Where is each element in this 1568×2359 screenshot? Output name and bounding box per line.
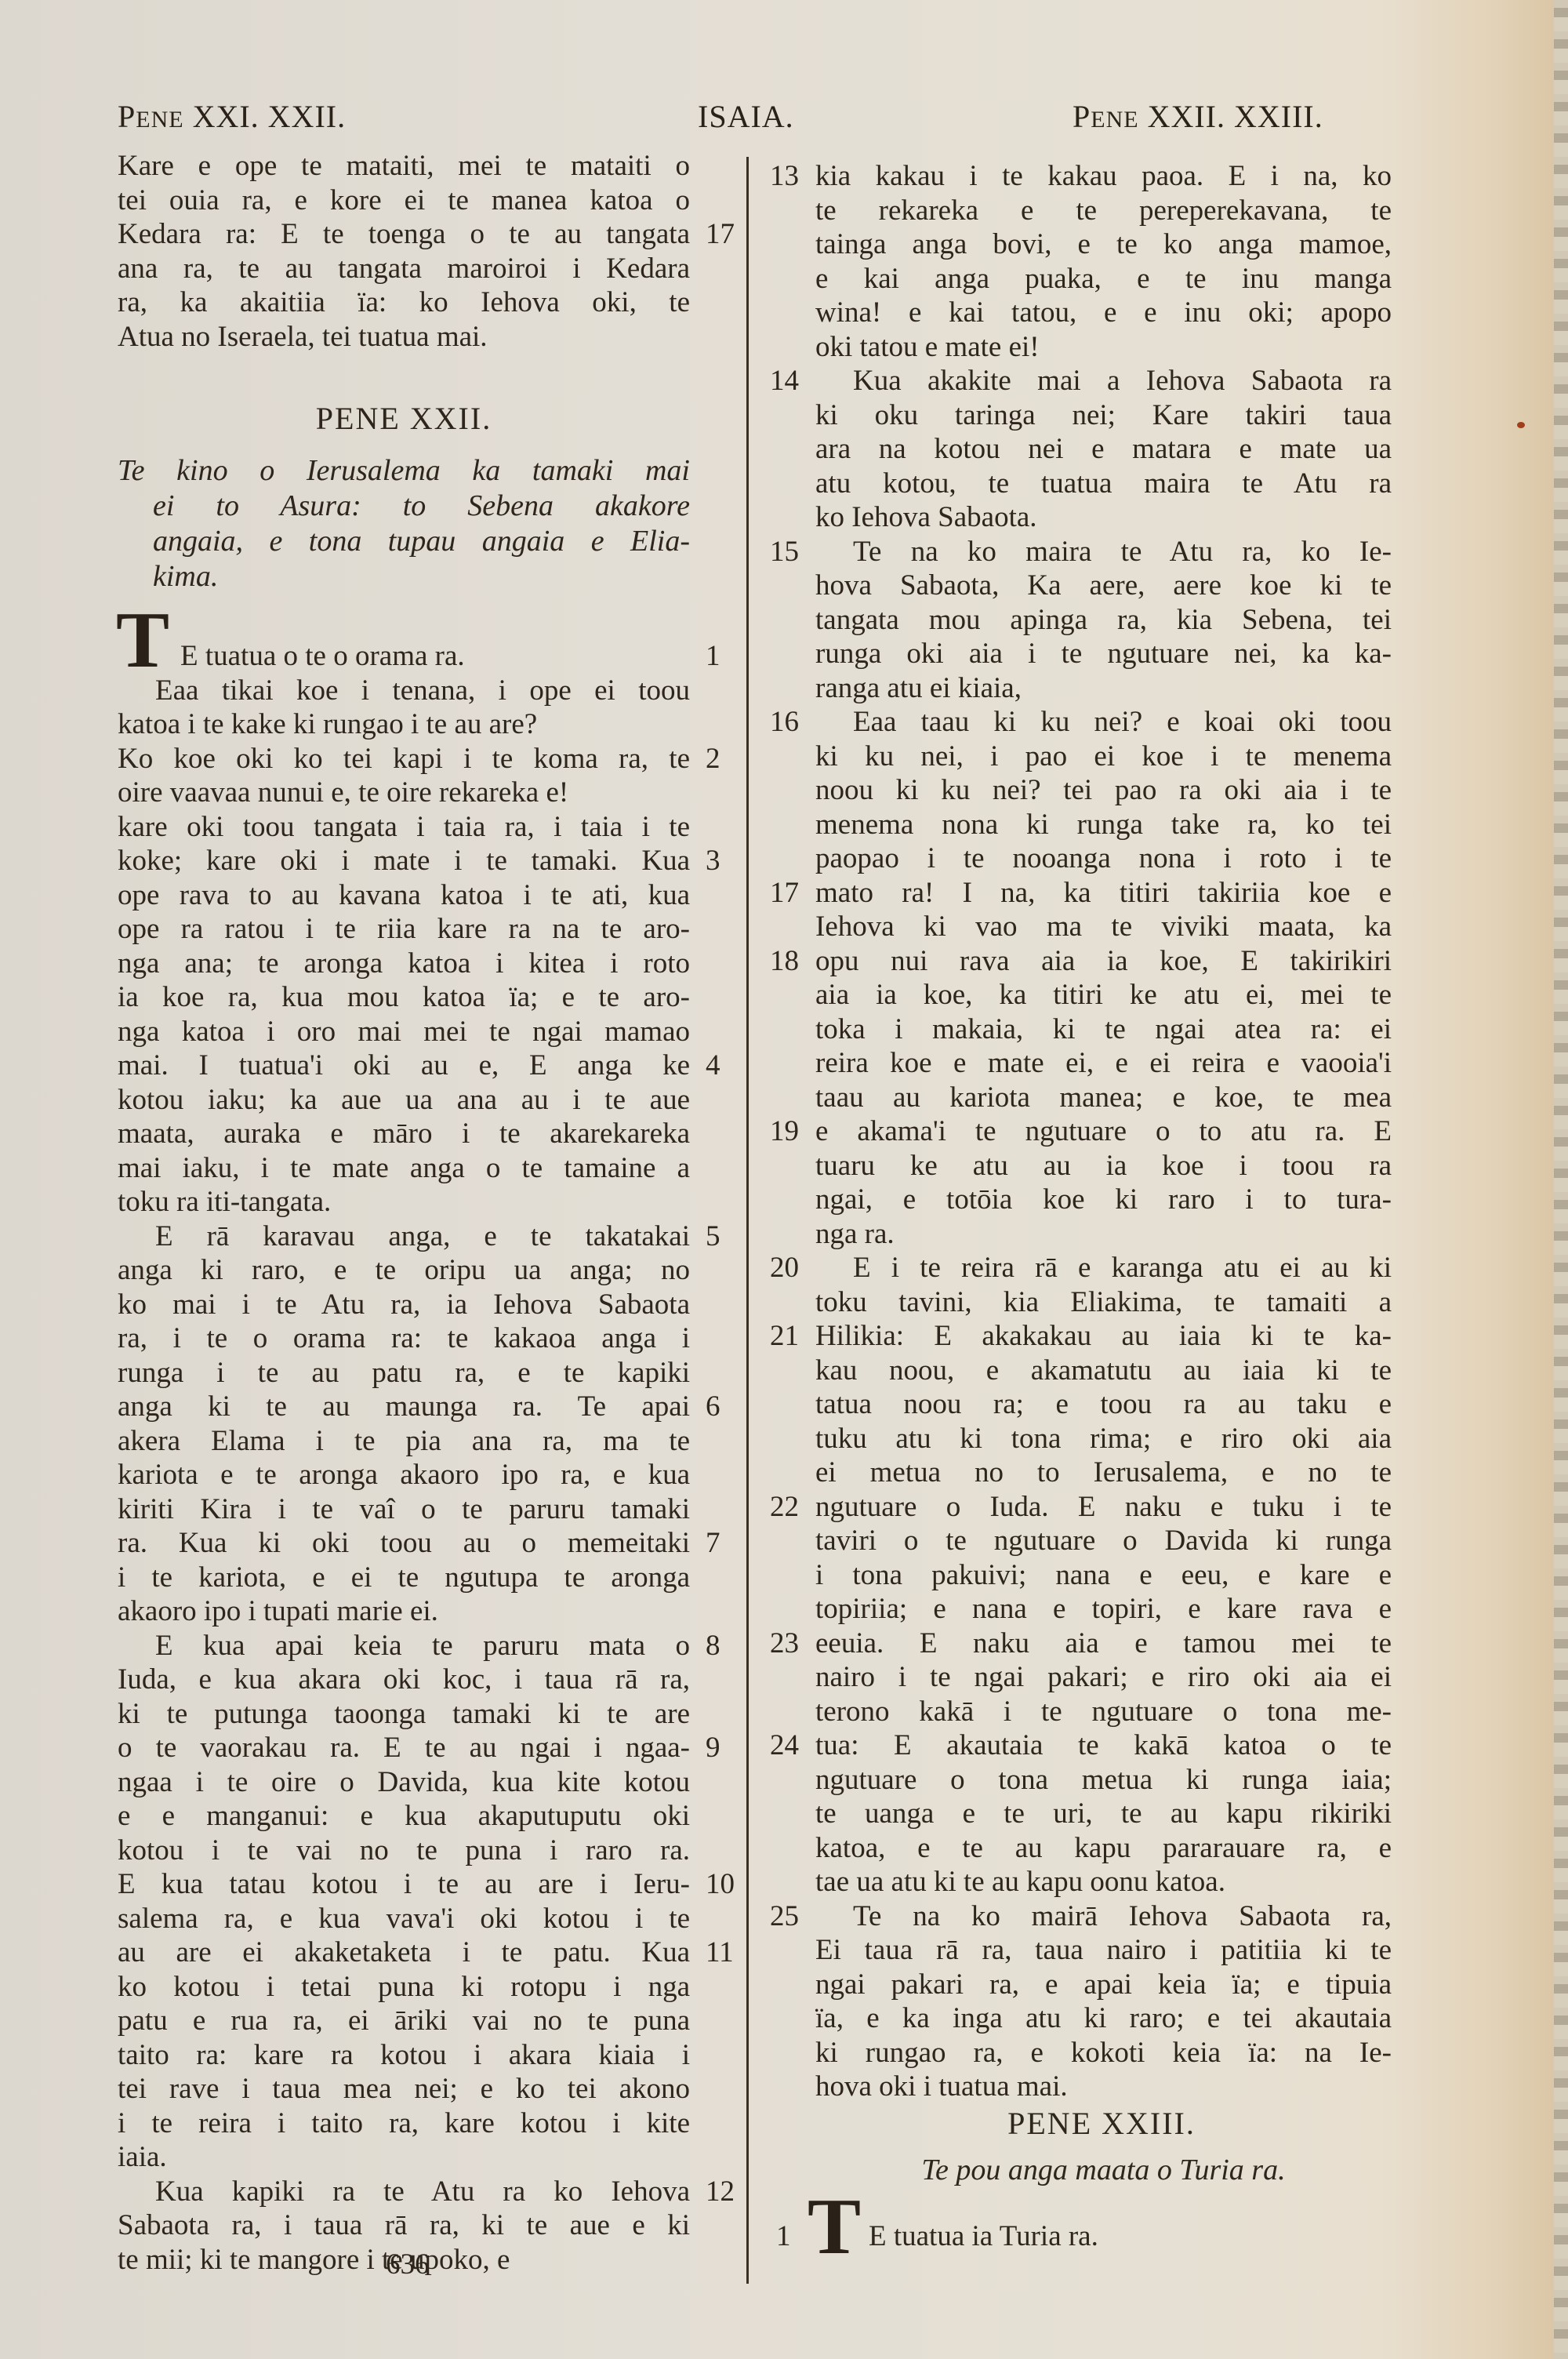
text-line: Te na ko mairā Iehova Sabaota ra,	[853, 1899, 1392, 1933]
verse-number: 8	[706, 1629, 720, 1663]
text-line: kia kakau i te kakau paoa. E i na, ko	[815, 159, 1392, 193]
verse-number: 6	[706, 1390, 720, 1423]
verse-number: 10	[706, 1867, 735, 1901]
text-line: Kedara ra: E te toenga o te au tangata	[118, 217, 690, 251]
text-line: akera Elama i te pia ana ra, ma te	[118, 1424, 690, 1458]
verse-number: 18	[770, 944, 799, 978]
verse-number: 3	[706, 844, 720, 878]
text-line: menema nona ki runga take ra, ko tei	[815, 808, 1392, 841]
text-line: E tuatua o te o orama ra.	[180, 639, 690, 673]
text-line: kotou iaku; ka aue ua ana au i te aue	[118, 1083, 690, 1117]
dropcap-xxiii: T	[808, 2192, 861, 2263]
verse-number: 17	[770, 876, 799, 910]
text-line: i te kariota, e ei te ngutupa te aronga	[118, 1561, 690, 1594]
text-line: Eaa taau ki ku nei? e koai oki toou	[853, 705, 1392, 739]
text-line: e akama'i te ngutuare o to atu ra. E	[815, 1114, 1392, 1148]
text-line: ïa, e ka inga atu ki raro; e tei akautai…	[815, 2001, 1392, 2035]
summary-line: angaia, e tona tupau angaia e Elia-	[153, 524, 690, 559]
text-line: ana ra, te au tangata maroiroi i Kedara	[118, 252, 690, 285]
text-line: kare oki toou tangata i taia ra, i taia …	[118, 810, 690, 844]
text-line: anga ki te au maunga ra. Te apai	[118, 1390, 690, 1423]
column-divider	[746, 157, 749, 2284]
text-line: ki ku nei, i pao ei koe i te menema	[815, 740, 1392, 773]
running-head-center: ISAIA.	[698, 98, 794, 135]
verse-number: 20	[770, 1251, 799, 1285]
text-line: tuaru ke atu au ia koe i toou ra	[815, 1149, 1392, 1183]
text-line: E rā karavau anga, e te takatakai	[155, 1219, 690, 1253]
text-line: aia ia koe, ka titiri ke atu ei, mei te	[815, 978, 1392, 1012]
text-line: runga oki aia i te ngutuare nei, ka ka-	[815, 637, 1392, 671]
text-line: ngai pakari ra, e apai keia ïa; e tipuia	[815, 1968, 1392, 2001]
text-line: paopao i te nooanga nona i roto i te	[815, 841, 1392, 875]
verse-number: 12	[706, 2175, 735, 2208]
text-line: taau au kariota manea; e koe, te mea	[815, 1081, 1392, 1114]
running-head-right: PENE XXII. XXIII.	[1073, 98, 1323, 135]
verse-number: 22	[770, 1490, 799, 1524]
text-line: ki te putunga taoonga tamaki ki te are	[118, 1697, 690, 1731]
text-line: au are ei akaketaketa i te patu. Kua	[118, 1936, 690, 1969]
text-line: Atua no Iseraela, tei tuatua mai.	[118, 320, 690, 354]
text-line: toku ra iti-tangata.	[118, 1185, 690, 1219]
text-line: i tona pakuivi; nana e eeu, e kare e	[815, 1558, 1392, 1592]
summary-line: Te kino o Ierusalema ka tamaki mai	[118, 453, 690, 489]
text-line: kau noou, e akamatutu au iaia ki te	[815, 1354, 1392, 1387]
verse-number: 13	[770, 159, 799, 193]
text-line: taito ra: kare ra kotou i akara kiaia i	[118, 2038, 690, 2072]
text-line: Iehova ki vao ma te viviki maata, ka	[815, 910, 1392, 943]
text-line: atu kotou, te tuatua maira te Atu ra	[815, 467, 1392, 500]
text-line: ei metua no to Ierusalema, e no te	[815, 1456, 1392, 1489]
text-line: Hilikia: E akakakau au iaia ki te ka-	[815, 1319, 1392, 1353]
text-line: o te vaorakau ra. E te au ngai i ngaa-	[118, 1731, 690, 1765]
verse-number: 24	[770, 1728, 799, 1762]
text-line: opu nui rava aia ia koe, E takirikiri	[815, 944, 1392, 978]
text-line: hova oki i tuatua mai.	[815, 2070, 1392, 2103]
text-line: toka i makaia, ki te ngai atea ra: ei	[815, 1012, 1392, 1046]
text-line: nairo i te ngai pakari; e riro oki aia e…	[815, 1660, 1392, 1694]
verse-number: 2	[706, 742, 720, 776]
text-line: reira koe e mate ei, e ei reira e vaooia…	[815, 1046, 1392, 1080]
text-line: tatua noou ra; e toou ra au taku e	[815, 1387, 1392, 1421]
text-line: mai. I tuatua'i oki au e, E anga ke	[118, 1049, 690, 1082]
verse-number: 16	[770, 705, 799, 739]
verse-number: 5	[706, 1219, 720, 1253]
text-line: ko kotou i tetai puna ki rotopu i nga	[118, 1970, 690, 2004]
text-line: ngaa i te oire o Davida, kua kite kotou	[118, 1765, 690, 1799]
text-line: akaoro ipo i tupati marie ei.	[118, 1594, 690, 1628]
text-line: katoa i te kake ki rungao i te au are?	[118, 707, 690, 741]
text-line: Kua kapiki ra te Atu ra ko Iehova	[155, 2175, 690, 2208]
text-line: maata, auraka e māro i te akarekareka	[118, 1117, 690, 1150]
text-line: patu e rua ra, ei āriki vai no te puna	[118, 2004, 690, 2037]
text-line: Eaa tikai koe i tenana, i ope ei toou	[155, 674, 690, 707]
verse-number: 19	[770, 1114, 799, 1148]
text-line: ara na kotou nei e matara e mate ua	[815, 432, 1392, 466]
chapter-heading-xxiii: PENE XXIII.	[815, 2105, 1388, 2142]
page-edge	[1554, 0, 1568, 2359]
text-line: tangata mou apinga ra, kia Sebena, tei	[815, 603, 1392, 637]
text-line: tainga anga bovi, e te ko anga mamoe,	[815, 227, 1392, 261]
text-line: tuku atu ki tona rima; e riro oki aia	[815, 1422, 1392, 1456]
text-line: ki rungao ra, e kokoti keia ïa: na Ie-	[815, 2036, 1392, 2070]
text-line: ngutuare o tona metua ki runga iaia;	[815, 1763, 1392, 1797]
text-line: E kua apai keia te paruru mata o	[155, 1629, 690, 1663]
text-line: ra, ka akaitiia ïa: ko Iehova oki, te	[118, 285, 690, 319]
text-line: Te na ko maira te Atu ra, ko Ie-	[853, 535, 1392, 569]
text-line: salema ra, e kua vava'i oki kotou i te	[118, 1902, 690, 1936]
text-line: katoa, e te au kapu pararauare ra, e	[815, 1831, 1392, 1865]
text-line: e e manganui: e kua akaputuputu oki	[118, 1799, 690, 1833]
text-line: E kua tatau kotou i te au are i Ieru-	[118, 1867, 690, 1901]
text-line: ope ra ratou i te riia kare ra na te aro…	[118, 912, 690, 946]
text-line: anga ki raro, e te oripu ua anga; no	[118, 1253, 690, 1287]
summary-line: ei to Asura: to Sebena akakore	[153, 489, 690, 524]
text-line: ko Iehova Sabaota.	[815, 500, 1392, 534]
text-line: tei ouia ra, e kore ei te manea katoa o	[118, 184, 690, 217]
text-line: Ei taua rā ra, taua nairo i patitiia ki …	[815, 1933, 1392, 1967]
text-line: mato ra! I na, ka titiri takiriia koe e	[815, 876, 1392, 910]
text-line: eeuia. E naku aia e tamou mei te	[815, 1627, 1392, 1660]
dropcap-xxii: T	[116, 605, 169, 676]
text-line: iaia.	[118, 2140, 690, 2174]
text-line: mai iaku, i te mate anga o te tamaine a	[118, 1151, 690, 1185]
verse-number: 4	[706, 1049, 720, 1082]
verse-number: 1	[706, 639, 720, 673]
verse-number: 25	[770, 1899, 799, 1933]
summary-line: kima.	[153, 559, 690, 594]
verse-number: 11	[706, 1936, 734, 1969]
text-line: Sabaota ra, i taua rā ra, ki te aue e ki	[118, 2208, 690, 2242]
paper-stain	[1517, 422, 1525, 428]
text-line: topiriia; e nana e topiri, e kare rava e	[815, 1592, 1392, 1626]
verse-number: 7	[706, 1526, 720, 1560]
text-line: terono kakā i te ngutuare o tona me-	[815, 1695, 1392, 1728]
text-line: E tuatua ia Turia ra.	[869, 2219, 1339, 2253]
text-line: koke; kare oki i mate i te tamaki. Kua	[118, 844, 690, 878]
verse-number: 1	[776, 2219, 791, 2253]
text-line: Ko koe oki ko tei kapi i te koma ra, te	[118, 742, 690, 776]
text-line: runga i te au patu ra, e te kapiki	[118, 1356, 690, 1390]
text-line: nga ra.	[815, 1217, 1392, 1251]
verse-number: 21	[770, 1319, 799, 1353]
text-line: Kua akakite mai a Iehova Sabaota ra	[853, 364, 1392, 398]
text-line: ope rava to au kavana katoa i te ati, ku…	[118, 878, 690, 912]
text-line: oki tatou e mate ei!	[815, 330, 1392, 364]
text-line: ra. Kua ki oki toou au o memeitaki	[118, 1526, 690, 1560]
text-line: nga ana; te aronga katoa i kitea i roto	[118, 947, 690, 980]
text-line: ki oku taringa nei; Kare takiri taua	[815, 398, 1392, 432]
chapter-summary-xxiii: Te pou anga maata o Turia ra.	[815, 2153, 1392, 2188]
text-line: oire vaavaa nunui e, te oire rekareka e!	[118, 776, 690, 809]
text-line: hova Sabaota, Ka aere, aere koe ki te	[815, 569, 1392, 602]
text-line: kiriti Kira i te vaî o te paruru tamaki	[118, 1492, 690, 1526]
text-line: wina! e kai tatou, e e inu oki; apopo	[815, 296, 1392, 329]
text-line: tei rave i taua mea nei; e ko tei akono	[118, 2072, 690, 2106]
running-head-left: PENE XXI. XXII.	[118, 98, 346, 135]
verse-number: 23	[770, 1627, 799, 1660]
chapter-heading-xxii: PENE XXII.	[118, 400, 690, 437]
verse-number: 9	[706, 1731, 720, 1765]
verse-number: 14	[770, 364, 799, 398]
verse-number: 17	[706, 217, 735, 251]
text-line: i te reira i taito ra, kare kotou i kite	[118, 2106, 690, 2140]
text-line: te rekareka e te pereperekavana, te	[815, 194, 1392, 227]
text-line: ra, i te o orama ra: te kakaoa anga i	[118, 1321, 690, 1355]
text-line: ngai, e totōia koe ki raro i to tura-	[815, 1183, 1392, 1216]
text-line: kotou i te vai no te puna i raro ra.	[118, 1834, 690, 1867]
text-line: Kare e ope te mataiti, mei te mataiti o	[118, 149, 690, 183]
text-line: te uanga e te uri, te au kapu rikiriki	[815, 1797, 1392, 1830]
text-line: tae ua atu ki te au kapu oonu katoa.	[815, 1865, 1392, 1899]
text-line: tua: E akautaia te kakā katoa o te	[815, 1728, 1392, 1762]
text-line: Iuda, e kua akara oki koc, i taua rā ra,	[118, 1663, 690, 1696]
text-line: E i te reira rā e karanga atu ei au ki	[853, 1251, 1392, 1285]
page-number: 636	[386, 2248, 430, 2281]
text-line: ngutuare o Iuda. E naku e tuku i te	[815, 1490, 1392, 1524]
text-line: nga katoa i oro mai mei te ngai mamao	[118, 1015, 690, 1049]
text-line: ranga atu ei kiaia,	[815, 671, 1392, 705]
text-line: noou ki ku nei? tei pao ra oki aia i te	[815, 773, 1392, 807]
text-line: kariota e te aronga akaoro ipo ra, e kua	[118, 1458, 690, 1492]
verse-number: 15	[770, 535, 799, 569]
text-line: toku tavini, kia Eliakima, te tamaiti a	[815, 1285, 1392, 1319]
text-line: e kai anga puaka, e te inu manga	[815, 262, 1392, 296]
text-line: ia koe ra, kua mou katoa ïa; e te aro-	[118, 980, 690, 1014]
text-line: taviri o te ngutuare o Davida ki runga	[815, 1524, 1392, 1558]
text-line: ko mai i te Atu ra, ia Iehova Sabaota	[118, 1288, 690, 1321]
